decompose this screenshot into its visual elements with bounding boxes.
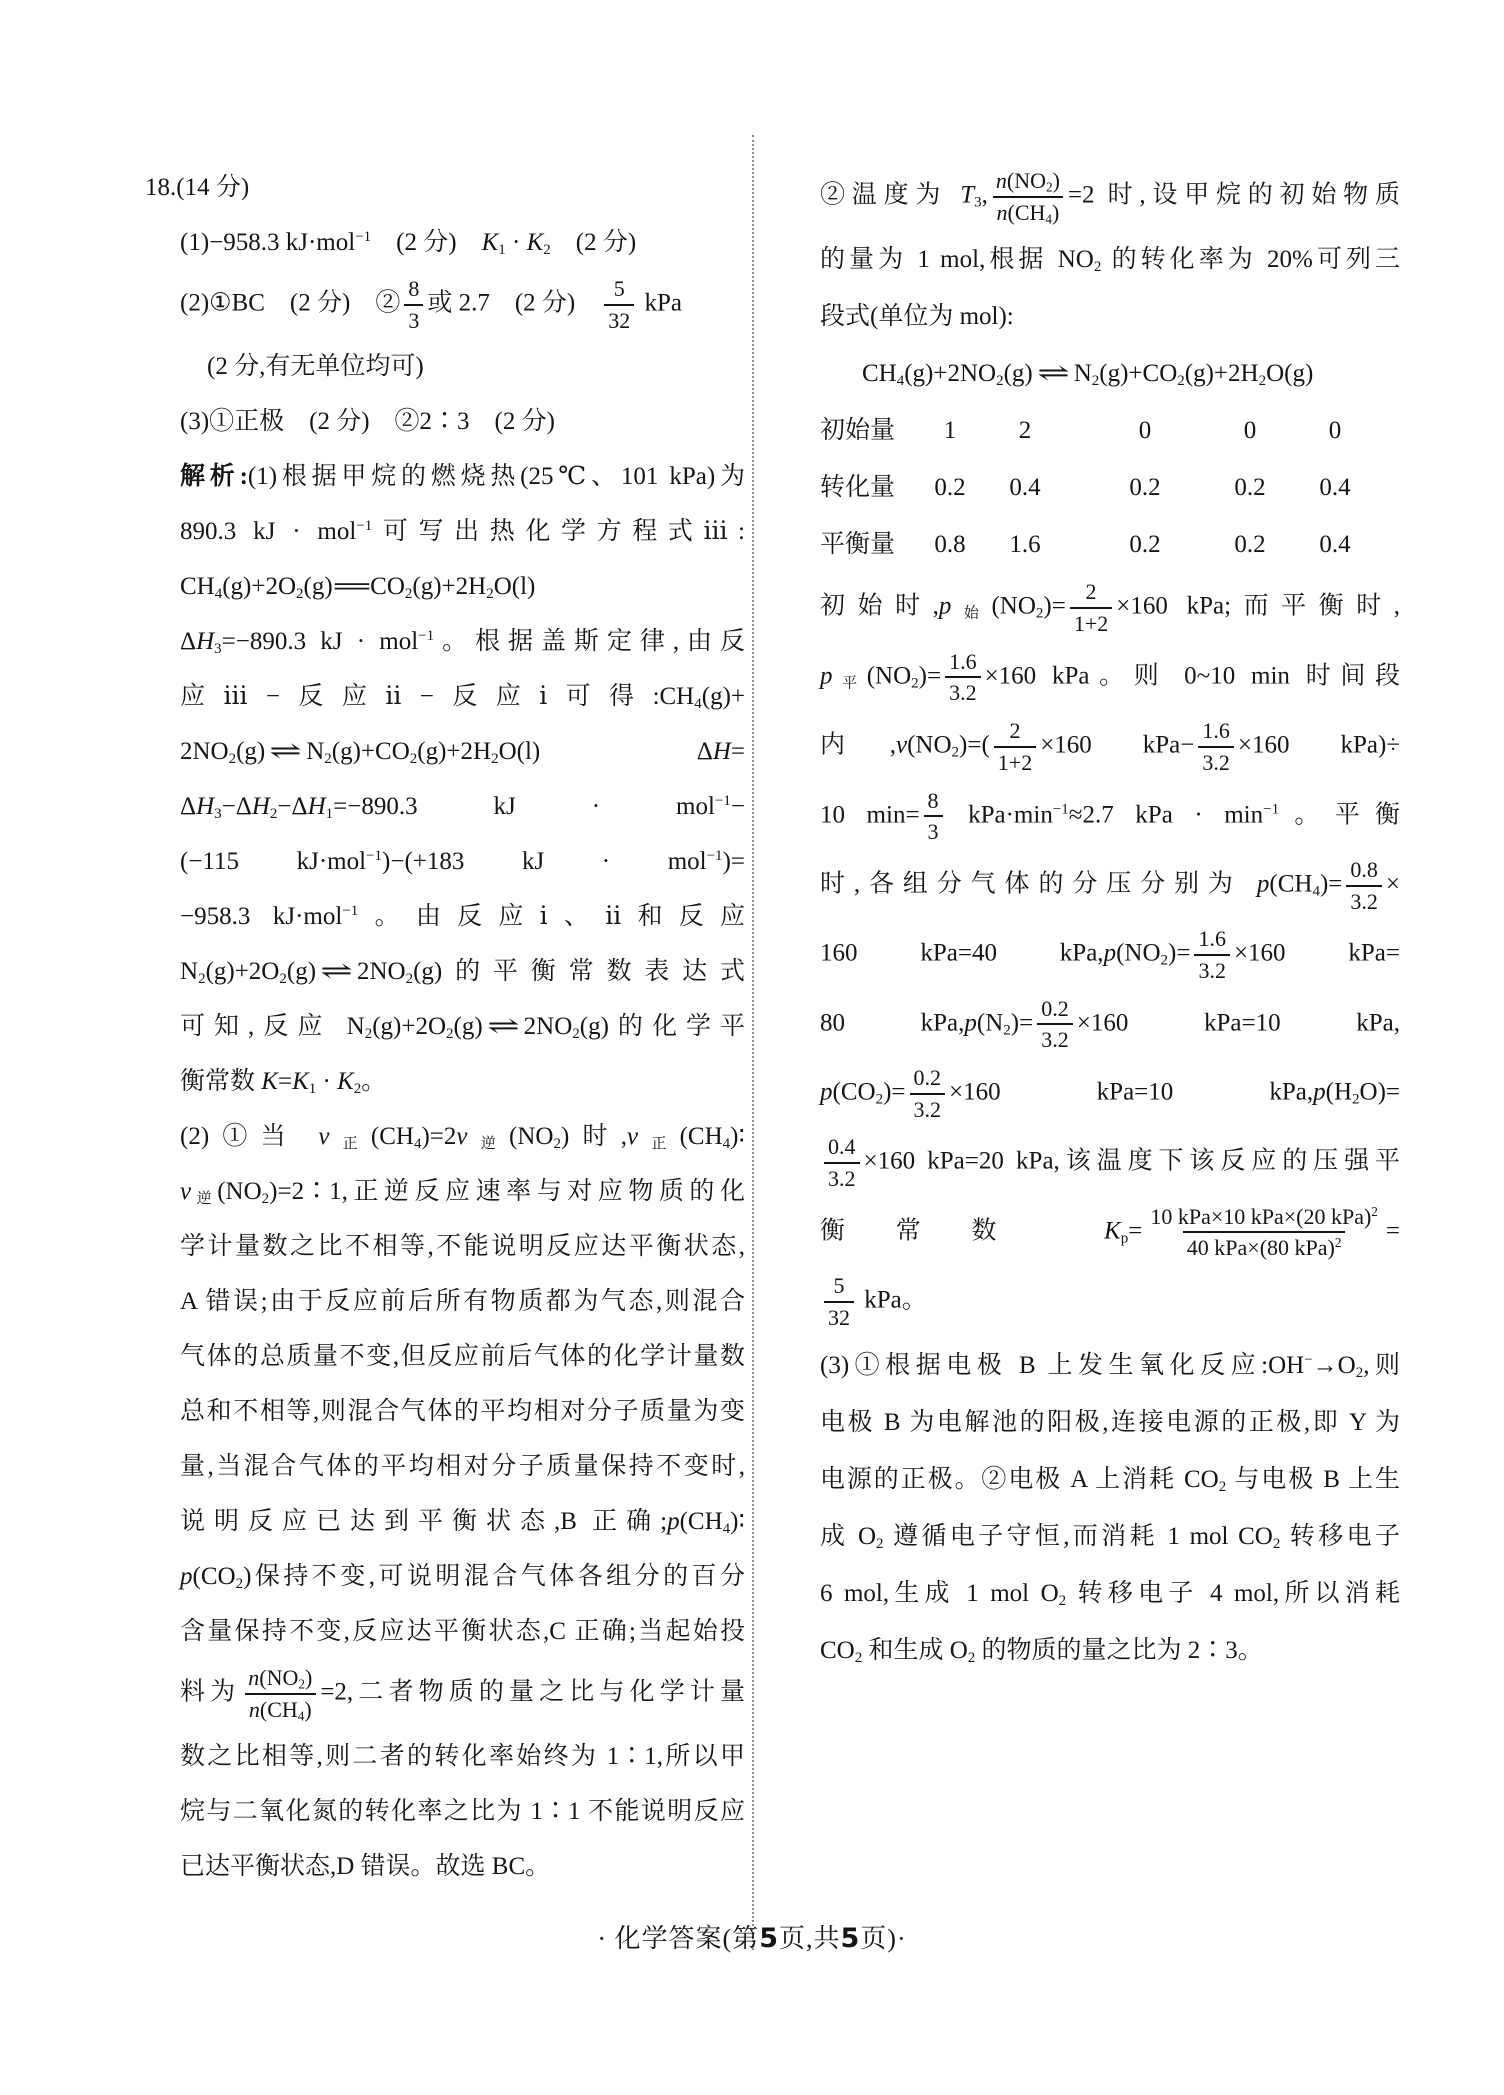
right-column: ②温度为 T3,n(NO2)n(CH4)=2 时,设甲烷的初始物质 的量为 1 … — [820, 162, 1400, 1679]
analysis-line: 80 kPa,p(N2)=0.23.2×160 kPa=10 kPa, — [820, 990, 1400, 1059]
answer-line: (1)−958.3 kJ·mol−1 (2 分) K1 · K2 (2 分) — [180, 215, 745, 270]
page-footer: · 化学答案(第5页,共5页)· — [0, 1918, 1504, 1955]
table-cell: 0.2 — [1220, 516, 1280, 573]
table-cell: 1.6 — [980, 516, 1070, 573]
analysis-line: 段式(单位为 mol): — [820, 288, 1400, 345]
chemical-equation-line: 2NO2(g)⇌N2(g)+CO2(g)+2H2O(l) ΔH= — [180, 724, 745, 779]
analysis-line: 成 O2 遵循电子守恒,而消耗 1 mol CO2 转移电子 — [820, 1508, 1400, 1565]
analysis-line: 衡常数 Kp=10 kPa×10 kPa×(20 kPa)240 kPa×(80… — [820, 1198, 1400, 1267]
analysis-line: 解析:(1)根据甲烷的燃烧热(25℃、101 kPa)为 — [180, 449, 745, 504]
chemical-equation-line: N2(g)+2O2(g)⇌2NO2(g)的平衡常数表达式 — [180, 944, 745, 999]
analysis-line: 学计量数之比不相等,不能说明反应达平衡状态, — [180, 1219, 745, 1274]
analysis-line: 可知,反应 N2(g)+2O2(g)⇌2NO2(g)的化学平 — [180, 999, 745, 1054]
table-cell: 0.8 — [920, 516, 980, 573]
analysis-line: 6 mol,生成 1 mol O2 转移电子 4 mol,所以消耗 — [820, 1565, 1400, 1622]
answer-line: (3)①正极 (2 分) ②2∶3 (2 分) — [180, 394, 745, 449]
analysis-line: 衡常数 K=K1 · K2。 — [180, 1054, 745, 1109]
analysis-line: CO2 和生成 O2 的物质的量之比为 2∶3。 — [820, 1622, 1400, 1679]
analysis-line: p平(NO2)=1.63.2×160 kPa。则 0~10 min 时间段 — [820, 643, 1400, 712]
analysis-line: 时,各组分气体的分压分别为 p(CH4)=0.83.2× — [820, 851, 1400, 920]
analysis-line: 总和不相等,则混合气体的平均相对分子质量为变 — [180, 1384, 745, 1439]
analysis-line: 的量为 1 mol,根据 NO2 的转化率为 20%可列三 — [820, 231, 1400, 288]
table-cell: 0.4 — [1280, 459, 1390, 516]
table-row-label: 平衡量 — [820, 516, 920, 573]
analysis-line: ②温度为 T3,n(NO2)n(CH4)=2 时,设甲烷的初始物质 — [820, 162, 1400, 231]
table-cell: 2 — [980, 402, 1070, 459]
analysis-line: 烷与二氧化氮的转化率之比为 1∶1 不能说明反应 — [180, 1784, 745, 1839]
analysis-line: 气体的总质量不变,但反应前后气体的化学计量数 — [180, 1329, 745, 1384]
analysis-line: 已达平衡状态,D 错误。故选 BC。 — [180, 1839, 745, 1894]
analysis-line: 10 min=83 kPa·min−1≈2.7 kPa · min−1。平衡 — [820, 782, 1400, 851]
analysis-line: (−115 kJ·mol−1)−(+183 kJ · mol−1)= — [180, 834, 745, 889]
analysis-line: 0.43.2×160 kPa=20 kPa,该温度下该反应的压强平 — [820, 1128, 1400, 1197]
analysis-line: 含量保持不变,反应达平衡状态,C 正确;当起始投 — [180, 1604, 745, 1659]
analysis-line: 初始时,p始(NO2)=21+2×160 kPa;而平衡时, — [820, 573, 1400, 642]
analysis-line: 160 kPa=40 kPa,p(NO2)=1.63.2×160 kPa= — [820, 920, 1400, 989]
table-cell: 0 — [1220, 402, 1280, 459]
table-cell: 0.4 — [1280, 516, 1390, 573]
table-cell: 0 — [1070, 402, 1220, 459]
left-column: 18.(14 分) (1)−958.3 kJ·mol−1 (2 分) K1 · … — [145, 160, 745, 1894]
analysis-line: 应ⅲ−反应ⅱ−反应ⅰ可得:CH4(g)+ — [180, 669, 745, 724]
analysis-line: 电源的正极。②电极 A 上消耗 CO2 与电极 B 上生 — [820, 1451, 1400, 1508]
answer-line: (2 分,有无单位均可) — [207, 339, 745, 394]
icebox-table-row: 初始量 1 2 0 0 0 — [820, 402, 1400, 459]
analysis-line: v逆(NO2)=2∶1,正逆反应速率与对应物质的化 — [180, 1164, 745, 1219]
table-row-label: 初始量 — [820, 402, 920, 459]
table-cell: 0.2 — [1220, 459, 1280, 516]
table-cell: 0.2 — [1070, 459, 1220, 516]
analysis-line: 532 kPa。 — [820, 1267, 1400, 1336]
table-row-label: 转化量 — [820, 459, 920, 516]
analysis-line: p(CO2)=0.23.2×160 kPa=10 kPa,p(H2O)= — [820, 1059, 1400, 1128]
analysis-line: 料为n(NO2)n(CH4)=2,二者物质的量之比与化学计量 — [180, 1659, 745, 1728]
table-cell: 0 — [1280, 402, 1390, 459]
table-cell: 0.2 — [1070, 516, 1220, 573]
table-cell: 0.4 — [980, 459, 1070, 516]
icebox-table-row: 转化量 0.2 0.4 0.2 0.2 0.4 — [820, 459, 1400, 516]
column-divider-line — [752, 135, 754, 1950]
answer-sheet-page: 18.(14 分) (1)−958.3 kJ·mol−1 (2 分) K1 · … — [0, 0, 1504, 2095]
analysis-line: 电极 B 为电解池的阳极,连接电源的正极,即 Y 为 — [820, 1394, 1400, 1451]
analysis-line: (2)①当 v正(CH4)=2v逆(NO2)时,v正(CH4)∶ — [180, 1109, 745, 1164]
icebox-table-row: 平衡量 0.8 1.6 0.2 0.2 0.4 — [820, 516, 1400, 573]
analysis-line: 量,当混合气体的平均相对分子质量保持不变时, — [180, 1439, 745, 1494]
table-cell: 1 — [920, 402, 980, 459]
analysis-line: ΔH3=−890.3 kJ · mol−1。根据盖斯定律,由反 — [180, 614, 745, 669]
analysis-line: 说明反应已达到平衡状态,B 正确;p(CH4)∶ — [180, 1494, 745, 1549]
analysis-line: p(CO2)保持不变,可说明混合气体各组分的百分 — [180, 1549, 745, 1604]
analysis-line: (3)①根据电极 B 上发生氧化反应:OH−→O2,则 — [820, 1337, 1400, 1394]
table-cell: 0.2 — [920, 459, 980, 516]
answer-line: (2)①BC (2 分) ②83或 2.7 (2 分) 532 kPa — [180, 270, 745, 339]
analysis-line: 内,v(NO2)=(21+2×160 kPa−1.63.2×160 kPa)÷ — [820, 712, 1400, 781]
chemical-equation-line: CH4(g)+2NO2(g)⇌N2(g)+CO2(g)+2H2O(g) — [862, 345, 1400, 402]
analysis-line: −958.3 kJ·mol−1。由反应ⅰ、ⅱ和反应 — [180, 889, 745, 944]
analysis-line: ΔH3−ΔH2−ΔH1=−890.3 kJ · mol−1− — [180, 779, 745, 834]
analysis-line: 890.3 kJ · mol−1可写出热化学方程式ⅲ: — [180, 504, 745, 559]
chemical-equation-line: CH4(g)+2O2(g)══CO2(g)+2H2O(l) — [180, 559, 745, 614]
analysis-line: 数之比相等,则二者的转化率始终为 1∶1,所以甲 — [180, 1729, 745, 1784]
analysis-line: A 错误;由于反应前后所有物质都为气态,则混合 — [180, 1274, 745, 1329]
question-number-line: 18.(14 分) — [145, 160, 745, 215]
